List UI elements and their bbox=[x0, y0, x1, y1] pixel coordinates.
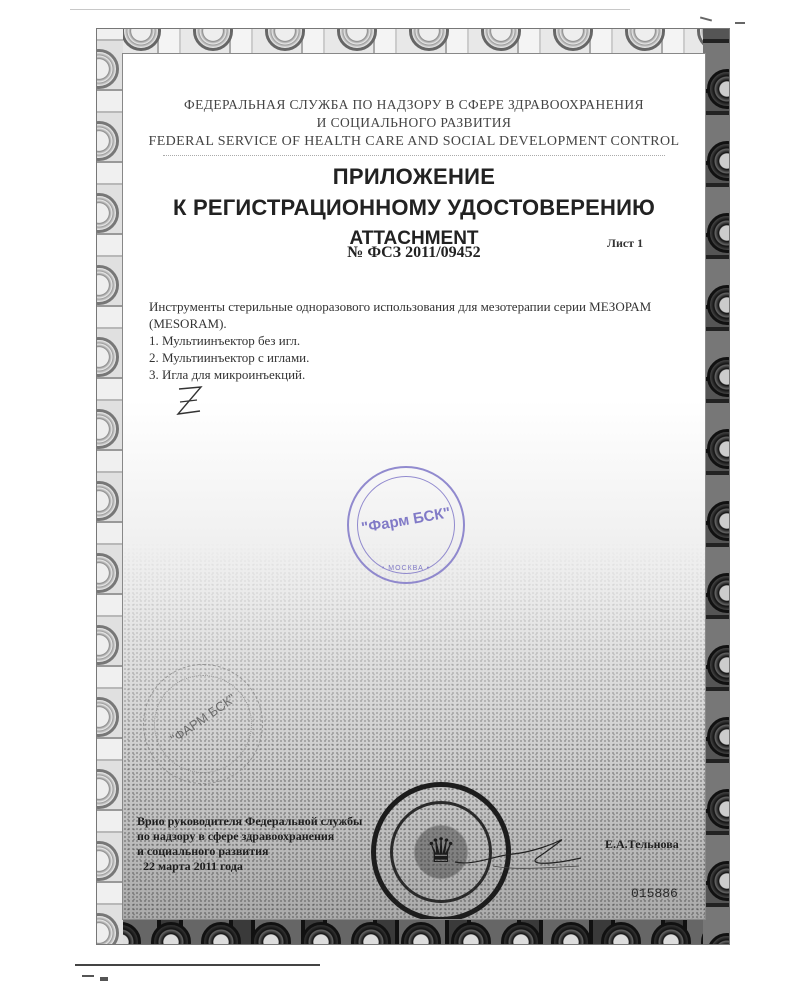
frame-ornament bbox=[553, 29, 593, 51]
frame-ornament bbox=[251, 922, 291, 944]
agency-name-ru-line2: И СОЦИАЛЬНОГО РАЗВИТИЯ bbox=[123, 114, 705, 132]
frame-ornament bbox=[707, 213, 729, 253]
scan-artifact-dash bbox=[700, 16, 712, 21]
frame-ornament bbox=[707, 645, 729, 685]
frame-ornament bbox=[97, 49, 119, 89]
frame-ornament bbox=[707, 717, 729, 757]
frame-ornament bbox=[201, 922, 241, 944]
frame-ornament bbox=[707, 69, 729, 109]
frame-ornament bbox=[301, 922, 341, 944]
frame-ornament bbox=[707, 501, 729, 541]
frame-ornament bbox=[265, 29, 305, 51]
frame-ornament bbox=[707, 861, 729, 901]
agency-name-ru-line1: ФЕДЕРАЛЬНАЯ СЛУЖБА ПО НАДЗОРУ В СФЕРЕ ЗД… bbox=[123, 96, 705, 114]
frame-ornament bbox=[151, 922, 191, 944]
frame-ornament bbox=[351, 922, 391, 944]
document-panel: ФЕДЕРАЛЬНАЯ СЛУЖБА ПО НАДЗОРУ В СФЕРЕ ЗД… bbox=[122, 53, 706, 920]
frame-bottom-border bbox=[97, 918, 729, 944]
frame-ornament bbox=[97, 553, 119, 593]
scan-artifact-top-line bbox=[70, 9, 630, 10]
title-certificate-ru: К РЕГИСТРАЦИОННОМУ УДОСТОВЕРЕНИЮ bbox=[123, 195, 705, 221]
frame-ornament bbox=[707, 789, 729, 829]
signatory-line: по надзору в сфере здравоохранения bbox=[137, 829, 362, 844]
company-stamp-city: • МОСКВА • bbox=[349, 565, 463, 572]
scan-artifact-speck bbox=[82, 975, 94, 977]
frame-ornament bbox=[625, 29, 665, 51]
frame-ornament bbox=[401, 922, 441, 944]
company-stamp: "Фарм БСК" • МОСКВА • bbox=[347, 466, 465, 584]
frame-ornament bbox=[97, 265, 119, 305]
signer-name: Е.А.Тельнова bbox=[605, 837, 679, 852]
signatory-title: Врио руководителя Федеральной службы по … bbox=[137, 814, 362, 874]
frame-ornament bbox=[707, 141, 729, 181]
signatory-line: Врио руководителя Федеральной службы bbox=[137, 814, 362, 829]
frame-ornament bbox=[601, 922, 641, 944]
frame-left-border bbox=[97, 29, 123, 944]
frame-ornament bbox=[121, 29, 161, 51]
frame-ornament bbox=[501, 922, 541, 944]
handwritten-z-mark bbox=[173, 384, 207, 418]
header-divider bbox=[163, 155, 665, 156]
frame-ornament bbox=[551, 922, 591, 944]
frame-ornament bbox=[707, 933, 729, 944]
frame-ornament bbox=[707, 285, 729, 325]
signature-date: 22 марта 2011 года bbox=[137, 859, 362, 874]
frame-ornament bbox=[451, 922, 491, 944]
agency-name-en: FEDERAL SERVICE OF HEALTH CARE AND SOCIA… bbox=[123, 134, 705, 150]
product-item: 3. Игла для микроинъекций. bbox=[149, 366, 694, 383]
frame-ornament bbox=[409, 29, 449, 51]
scan-artifact-bottom-line bbox=[75, 964, 320, 966]
frame-ornament bbox=[97, 697, 119, 737]
frame-ornament bbox=[193, 29, 233, 51]
frame-ornament bbox=[481, 29, 521, 51]
frame-ornament bbox=[97, 769, 119, 809]
frame-ornament bbox=[97, 481, 119, 521]
frame-right-border bbox=[703, 29, 729, 944]
frame-ornament bbox=[97, 337, 119, 377]
serial-number: 015886 bbox=[631, 886, 678, 901]
frame-ornament bbox=[97, 841, 119, 881]
sheet-label: Лист 1 bbox=[607, 236, 643, 251]
scan-artifact-dash bbox=[735, 22, 745, 24]
product-item: 2. Мультиинъектор с иглами. bbox=[149, 349, 694, 366]
company-stamp-faded: "ФАРМ БСК" bbox=[143, 664, 263, 784]
product-description-text: Инструменты стерильные одноразового испо… bbox=[149, 298, 694, 332]
product-item: 1. Мультиинъектор без игл. bbox=[149, 332, 694, 349]
frame-ornament bbox=[97, 913, 119, 944]
frame-ornament bbox=[337, 29, 377, 51]
scan-artifact-speck bbox=[100, 977, 108, 981]
company-stamp-faded-name: "ФАРМ БСК" bbox=[150, 679, 255, 759]
frame-ornament bbox=[707, 429, 729, 469]
product-description: Инструменты стерильные одноразового испо… bbox=[149, 298, 694, 383]
frame-ornament bbox=[707, 573, 729, 613]
title-attachment-ru: ПРИЛОЖЕНИЕ bbox=[123, 164, 705, 190]
frame-ornament bbox=[97, 409, 119, 449]
handwritten-signature bbox=[453, 836, 583, 876]
frame-ornament bbox=[707, 357, 729, 397]
frame-ornament bbox=[97, 625, 119, 665]
frame-top-border bbox=[97, 29, 729, 55]
frame-ornament bbox=[651, 922, 691, 944]
frame-ornament bbox=[97, 121, 119, 161]
frame-ornament bbox=[97, 193, 119, 233]
agency-name-ru: ФЕДЕРАЛЬНАЯ СЛУЖБА ПО НАДЗОРУ В СФЕРЕ ЗД… bbox=[123, 96, 705, 132]
company-stamp-name: "Фарм БСК" bbox=[348, 502, 463, 539]
signatory-line: и социального развития bbox=[137, 844, 362, 859]
eagle-emblem-icon: ♛ bbox=[426, 831, 456, 871]
